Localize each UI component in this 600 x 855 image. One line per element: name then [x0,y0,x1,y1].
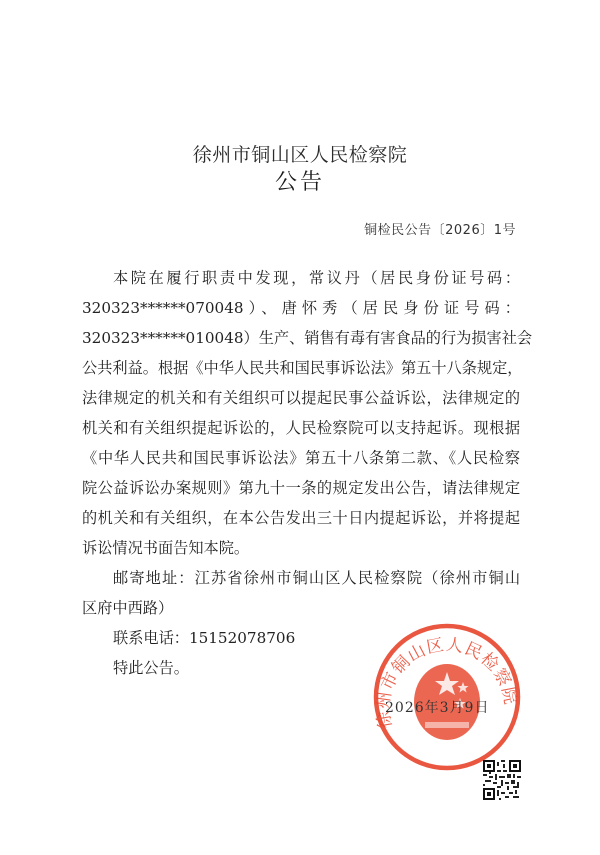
body-line: 机关和有关组织提起诉讼的，人民检察院可以支持起诉。现根据 [82,413,520,443]
document-number: 铜检民公告〔2026〕1号 [364,219,516,238]
announcement-body: 本院在履行职责中发现，常议丹（居民身份证号码： 320323******0700… [82,263,520,563]
body-line: 320323******010048）生产、销售有毒有害食品的行为损害社会 [82,323,520,353]
organization-title: 徐州市铜山区人民检察院 [0,140,600,167]
qr-code-icon[interactable] [483,760,521,800]
body-line: 诉讼情况书面告知本院。 [82,533,520,563]
mailing-address-line: 邮寄地址：江苏省徐州市铜山区人民检察院（徐州市铜山 [82,563,520,593]
date: 2026年3月9日 [385,697,489,717]
page-title: 公告 [0,165,600,196]
body-line: 院公益诉讼办案规则》第九十一条的规定发出公告，请法律规定 [82,473,520,503]
body-line: 法律规定的机关和有关组织可以提起民事公益诉讼，法律规定的 [82,383,520,413]
body-line: 《中华人民共和国民事诉讼法》第五十八条第二款、《人民检察 [82,443,520,473]
document-page: 徐州市铜山区人民检察院 公告 铜检民公告〔2026〕1号 本院在履行职责中发现，… [0,0,600,855]
body-line: 公共利益。根据《中华人民共和国民事诉讼法》第五十八条规定， [82,353,520,383]
body-line: 本院在履行职责中发现，常议丹（居民身份证号码： [82,263,520,293]
body-line: 的机关和有关组织，在本公告发出三十日内提起诉讼，并将提起 [82,503,520,533]
body-line: 320323******070048）、唐怀秀（居民身份证号码： [82,293,520,323]
mailing-address-line: 区府中西路） [82,593,520,623]
